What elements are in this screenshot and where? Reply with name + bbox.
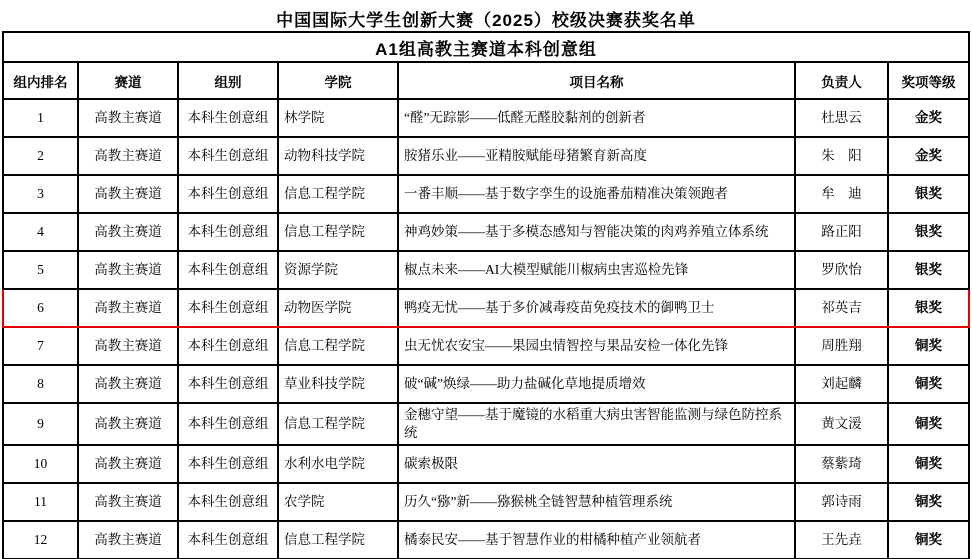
rank-cell: 9 [3,403,78,445]
rank-cell: 12 [3,521,78,559]
column-header-group: 组别 [178,62,278,99]
column-header-college: 学院 [278,62,398,99]
college-cell: 信息工程学院 [278,403,398,445]
award-cell: 银奖 [888,175,969,213]
leader-cell: 蔡紫琦 [795,445,888,483]
track-cell: 高教主赛道 [78,483,178,521]
project-cell: 橘泰民安——基于智慧作业的柑橘种植产业领航者 [398,521,795,559]
college-cell: 资源学院 [278,251,398,289]
leader-cell: 周胜翔 [795,327,888,365]
track-cell: 高教主赛道 [78,403,178,445]
project-cell: “醛”无踪影——低醛无醛胶黏剂的创新者 [398,99,795,137]
college-cell: 信息工程学院 [278,175,398,213]
college-cell: 信息工程学院 [278,327,398,365]
award-cell: 铜奖 [888,365,969,403]
leader-cell: 杜思云 [795,99,888,137]
table-row: 5高教主赛道本科生创意组资源学院椒点未来——AI大模型赋能川椒病虫害巡检先锋罗欣… [3,251,969,289]
table-row: 3高教主赛道本科生创意组信息工程学院一番丰顺——基于数字孪生的设施番茄精准决策领… [3,175,969,213]
award-cell: 银奖 [888,289,969,327]
award-cell: 金奖 [888,99,969,137]
track-cell: 高教主赛道 [78,445,178,483]
group-cell: 本科生创意组 [178,175,278,213]
leader-cell: 牟 迪 [795,175,888,213]
column-header-track: 赛道 [78,62,178,99]
college-cell: 动物医学院 [278,289,398,327]
rank-cell: 4 [3,213,78,251]
track-cell: 高教主赛道 [78,521,178,559]
award-cell: 铜奖 [888,403,969,445]
project-cell: 鸭疫无忧——基于多价减毒疫苗免疫技术的御鸭卫士 [398,289,795,327]
rank-cell: 3 [3,175,78,213]
track-cell: 高教主赛道 [78,213,178,251]
college-cell: 林学院 [278,99,398,137]
table-row: 12高教主赛道本科生创意组信息工程学院橘泰民安——基于智慧作业的柑橘种植产业领航… [3,521,969,559]
rank-cell: 6 [3,289,78,327]
awards-table: A1组高教主赛道本科创意组 组内排名 赛道 组别 学院 项目名称 负责人 奖项等… [2,31,970,559]
track-cell: 高教主赛道 [78,175,178,213]
table-row: 2高教主赛道本科生创意组动物科技学院胺猪乐业——亚精胺赋能母猪繁育新高度朱 阳金… [3,137,969,175]
track-cell: 高教主赛道 [78,99,178,137]
award-cell: 金奖 [888,137,969,175]
leader-cell: 祁英吉 [795,289,888,327]
college-cell: 水利水电学院 [278,445,398,483]
group-cell: 本科生创意组 [178,483,278,521]
table-row: 10高教主赛道本科生创意组水利水电学院碳索极限蔡紫琦铜奖 [3,445,969,483]
college-cell: 信息工程学院 [278,213,398,251]
college-cell: 动物科技学院 [278,137,398,175]
college-cell: 信息工程学院 [278,521,398,559]
group-cell: 本科生创意组 [178,327,278,365]
project-cell: 神鸡妙策——基于多模态感知与智能决策的肉鸡养殖立体系统 [398,213,795,251]
award-cell: 银奖 [888,213,969,251]
project-cell: 历久“猕”新——猕猴桃全链智慧种植管理系统 [398,483,795,521]
project-cell: 破“碱”焕绿——助力盐碱化草地提质增效 [398,365,795,403]
track-cell: 高教主赛道 [78,365,178,403]
track-cell: 高教主赛道 [78,137,178,175]
table-row: 4高教主赛道本科生创意组信息工程学院神鸡妙策——基于多模态感知与智能决策的肉鸡养… [3,213,969,251]
group-cell: 本科生创意组 [178,251,278,289]
header-row: 组内排名 赛道 组别 学院 项目名称 负责人 奖项等级 [3,62,969,99]
project-cell: 虫无忧农安宝——果园虫情智控与果品安检一体化先锋 [398,327,795,365]
leader-cell: 路正阳 [795,213,888,251]
group-cell: 本科生创意组 [178,403,278,445]
track-cell: 高教主赛道 [78,289,178,327]
table-row: 11高教主赛道本科生创意组农学院历久“猕”新——猕猴桃全链智慧种植管理系统郭诗雨… [3,483,969,521]
rank-cell: 2 [3,137,78,175]
group-cell: 本科生创意组 [178,213,278,251]
group-title: A1组高教主赛道本科创意组 [3,32,969,62]
table-row: 8高教主赛道本科生创意组草业科技学院破“碱”焕绿——助力盐碱化草地提质增效刘起麟… [3,365,969,403]
group-title-row: A1组高教主赛道本科创意组 [3,32,969,62]
track-cell: 高教主赛道 [78,251,178,289]
college-cell: 农学院 [278,483,398,521]
group-cell: 本科生创意组 [178,521,278,559]
track-cell: 高教主赛道 [78,327,178,365]
column-header-leader: 负责人 [795,62,888,99]
rank-cell: 10 [3,445,78,483]
table-row: 7高教主赛道本科生创意组信息工程学院虫无忧农安宝——果园虫情智控与果品安检一体化… [3,327,969,365]
project-cell: 一番丰顺——基于数字孪生的设施番茄精准决策领跑者 [398,175,795,213]
leader-cell: 郭诗雨 [795,483,888,521]
leader-cell: 朱 阳 [795,137,888,175]
rank-cell: 8 [3,365,78,403]
project-cell: 碳索极限 [398,445,795,483]
group-cell: 本科生创意组 [178,365,278,403]
award-cell: 铜奖 [888,327,969,365]
rank-cell: 5 [3,251,78,289]
college-cell: 草业科技学院 [278,365,398,403]
project-cell: 椒点未来——AI大模型赋能川椒病虫害巡检先锋 [398,251,795,289]
leader-cell: 黄文湲 [795,403,888,445]
column-header-rank: 组内排名 [3,62,78,99]
award-cell: 铜奖 [888,445,969,483]
table-row-highlighted: 6高教主赛道本科生创意组动物医学院鸭疫无忧——基于多价减毒疫苗免疫技术的御鸭卫士… [3,289,969,327]
project-cell: 金穗守望——基于魔镜的水稻重大病虫害智能监测与绿色防控系统 [398,403,795,445]
page-title: 中国国际大学生创新大赛（2025）校级决赛获奖名单 [0,0,972,31]
award-cell: 银奖 [888,251,969,289]
column-header-award: 奖项等级 [888,62,969,99]
group-cell: 本科生创意组 [178,137,278,175]
rank-cell: 11 [3,483,78,521]
rank-cell: 1 [3,99,78,137]
column-header-project: 项目名称 [398,62,795,99]
group-cell: 本科生创意组 [178,99,278,137]
document-page: 中国国际大学生创新大赛（2025）校级决赛获奖名单 A1组高教主赛道本科创意组 … [0,0,972,559]
table-row: 1高教主赛道本科生创意组林学院“醛”无踪影——低醛无醛胶黏剂的创新者杜思云金奖 [3,99,969,137]
group-cell: 本科生创意组 [178,445,278,483]
leader-cell: 王先垚 [795,521,888,559]
project-cell: 胺猪乐业——亚精胺赋能母猪繁育新高度 [398,137,795,175]
leader-cell: 刘起麟 [795,365,888,403]
table-body: 1高教主赛道本科生创意组林学院“醛”无踪影——低醛无醛胶黏剂的创新者杜思云金奖2… [3,99,969,559]
group-cell: 本科生创意组 [178,289,278,327]
award-cell: 铜奖 [888,521,969,559]
leader-cell: 罗欣怡 [795,251,888,289]
rank-cell: 7 [3,327,78,365]
table-row: 9高教主赛道本科生创意组信息工程学院金穗守望——基于魔镜的水稻重大病虫害智能监测… [3,403,969,445]
award-cell: 铜奖 [888,483,969,521]
